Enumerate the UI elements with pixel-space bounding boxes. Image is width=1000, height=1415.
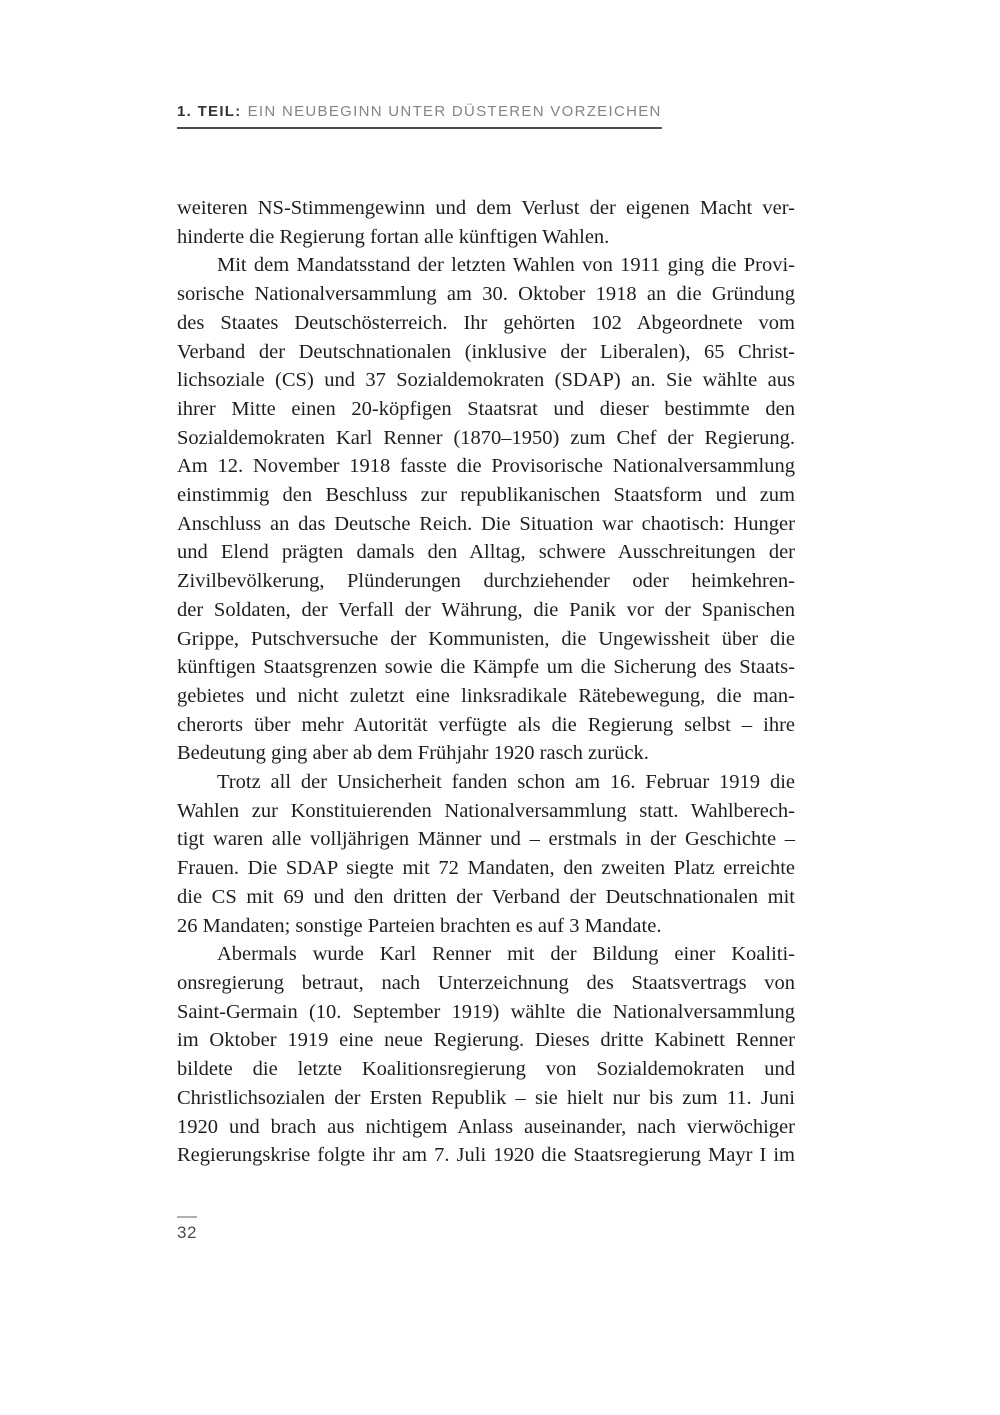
text-line: Saint-Germain (10. September 1919) wählt… [177, 998, 795, 1027]
text-line: Am 12. November 1918 fasste die Provisor… [177, 452, 795, 481]
text-line: Verband der Deutschnationalen (inklusive… [177, 338, 795, 367]
chapter-title: EIN NEUBEGINN UNTER DÜSTEREN VORZEICHEN [248, 103, 662, 120]
text-line: Bedeutung ging aber ab dem Frühjahr 1920… [177, 739, 795, 768]
book-page: { "header": { "label": "1. TEIL:", "titl… [0, 0, 1000, 1415]
text-line: cherorts über mehr Autorität verfügte al… [177, 711, 795, 740]
text-line: Sozialdemokraten Karl Renner (1870–1950)… [177, 424, 795, 453]
chapter-part-label: 1. TEIL: [177, 103, 242, 120]
text-line: Abermals wurde Karl Renner mit der Bildu… [177, 940, 795, 969]
page-footer: 32 [177, 1216, 197, 1243]
text-line: Wahlen zur Konstituierenden Nationalvers… [177, 797, 795, 826]
text-line: Christlichsozialen der Ersten Republik –… [177, 1084, 795, 1113]
text-line: onsregierung betraut, nach Unterzeichnun… [177, 969, 795, 998]
text-line: einstimmig den Beschluss zur republikani… [177, 481, 795, 510]
text-line: die CS mit 69 und den dritten der Verban… [177, 883, 795, 912]
page-number: 32 [177, 1223, 197, 1243]
text-line: hinderte die Regierung fortan alle künft… [177, 223, 795, 252]
text-line: Regierungskrise folgte ihr am 7. Juli 19… [177, 1141, 795, 1170]
text-line: bildete die letzte Koalitionsregierung v… [177, 1055, 795, 1084]
text-line: gebietes und nicht zuletzt eine linksrad… [177, 682, 795, 711]
text-line: Frauen. Die SDAP siegte mit 72 Mandaten,… [177, 854, 795, 883]
text-line: der Soldaten, der Verfall der Währung, d… [177, 596, 795, 625]
text-line: Grippe, Putschversuche der Kommunisten, … [177, 625, 795, 654]
text-line: des Staates Deutschösterreich. Ihr gehör… [177, 309, 795, 338]
chapter-header: 1. TEIL:EIN NEUBEGINN UNTER DÜSTEREN VOR… [177, 103, 662, 129]
text-line: sorische Nationalversammlung am 30. Okto… [177, 280, 795, 309]
text-line: Mit dem Mandatsstand der letzten Wahlen … [177, 251, 795, 280]
text-line: 1920 und brach aus nichtigem Anlass ause… [177, 1113, 795, 1142]
text-line: im Oktober 1919 eine neue Regierung. Die… [177, 1026, 795, 1055]
text-line: Zivilbevölkerung, Plünderungen durchzieh… [177, 567, 795, 596]
text-line: ihrer Mitte einen 20-köpfigen Staatsrat … [177, 395, 795, 424]
text-line: tigt waren alle volljährigen Männer und … [177, 825, 795, 854]
text-line: und Elend prägten damals den Alltag, sch… [177, 538, 795, 567]
text-line: 26 Mandaten; sonstige Parteien brachten … [177, 912, 795, 941]
text-line: künftigen Staatsgrenzen sowie die Kämpfe… [177, 653, 795, 682]
text-line: lichsoziale (CS) und 37 Sozialdemokraten… [177, 366, 795, 395]
text-line: weiteren NS-Stimmengewinn und dem Verlus… [177, 194, 795, 223]
text-line: Trotz all der Unsicherheit fanden schon … [177, 768, 795, 797]
body-text: weiteren NS-Stimmengewinn und dem Verlus… [177, 194, 795, 1170]
footer-rule [177, 1216, 197, 1218]
text-line: Anschluss an das Deutsche Reich. Die Sit… [177, 510, 795, 539]
